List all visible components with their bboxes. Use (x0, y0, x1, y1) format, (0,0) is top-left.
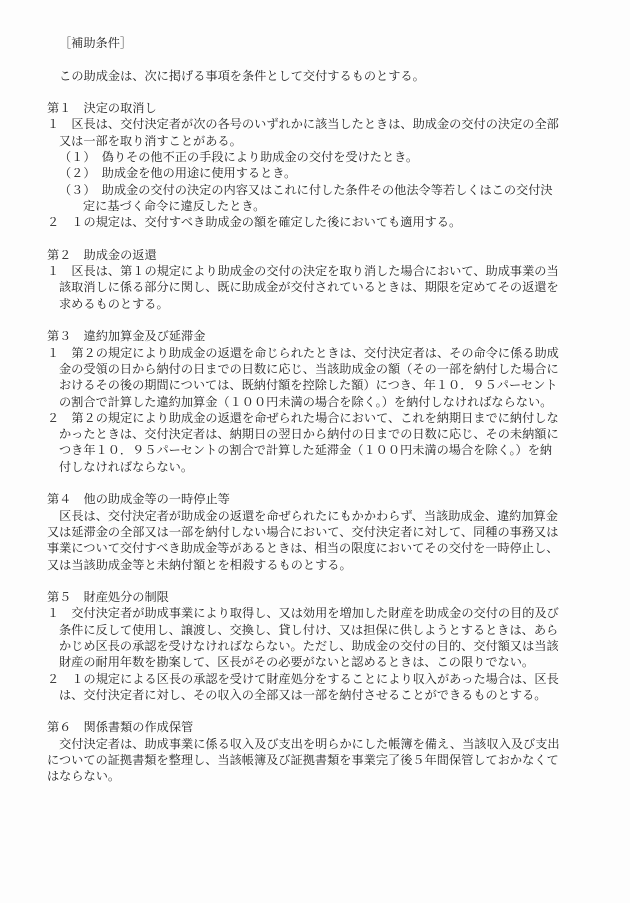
section-heading: 第４ 他の助成金等の一時停止等 (47, 491, 587, 507)
section-line: １ 区長は、第１の規定により助成金の交付の決定を取り消した場合において、助成事業… (47, 263, 587, 279)
section-line: 事業について交付すべき助成金等があるときは、相当の限度においてその交付を一時停止… (47, 540, 587, 556)
document-title: ［補助条件］ (47, 35, 587, 51)
section-line: ２ １の規定による区長の承認を受けて財産処分をすることにより収入があった場合は、… (47, 671, 587, 687)
section-line: は、交付決定者に対し、その収入の全部又は一部を納付させることができるものとする。 (47, 687, 587, 703)
section-line: １ 区長は、交付決定者が次の各号のいずれかに該当したときは、助成金の交付の決定の… (47, 116, 587, 132)
spacer (47, 84, 587, 100)
section-5: 第５ 財産処分の制限１ 交付決定者が助成事業により取得し、又は効用を増加した財産… (47, 589, 587, 719)
section-heading: 第５ 財産処分の制限 (47, 589, 587, 605)
spacer (47, 703, 587, 719)
sections-container: 第１ 決定の取消し１ 区長は、交付決定者が次の各号のいずれかに該当したときは、助… (47, 100, 587, 784)
section-1: 第１ 決定の取消し１ 区長は、交付決定者が次の各号のいずれかに該当したときは、助… (47, 100, 587, 247)
spacer (47, 573, 587, 589)
spacer (47, 475, 587, 491)
section-line: についての証拠書類を整理し、当該帳簿及び証拠書類を事業完了後５年間保管しておかな… (47, 752, 587, 768)
section-heading: 第６ 関係書類の作成保管 (47, 719, 587, 735)
section-line: つき年１０．９５パーセントの割合で計算した延滞金（１００円未満の場合を除く。）を… (47, 442, 587, 458)
section-line: かじめ区長の承認を受けなければならない。ただし、助成金の交付の目的、交付額又は当… (47, 638, 587, 654)
section-line: おけるその後の期間については、既納付額を控除した額）につき、年１０．９５パーセン… (47, 377, 587, 393)
section-heading: 第２ 助成金の返還 (47, 247, 587, 263)
section-line: （１） 偽りその他不正の手段により助成金の交付を受けたとき。 (47, 149, 587, 165)
section-3: 第３ 違約加算金及び延滞金１ 第２の規定により助成金の返還を命じられたときは、交… (47, 328, 587, 491)
section-line: 付しなければならない。 (47, 459, 587, 475)
section-line: （２） 助成金を他の用途に使用するとき。 (47, 165, 587, 181)
spacer (47, 51, 587, 67)
section-heading: 第３ 違約加算金及び延滞金 (47, 328, 587, 344)
section-line: １ 交付決定者が助成事業により取得し、又は効用を増加した財産を助成金の交付の目的… (47, 605, 587, 621)
section-line: 交付決定者は、助成事業に係る収入及び支出を明らかにした帳簿を備え、当該収入及び支… (47, 736, 587, 752)
section-line: 又は延滞金の全部又は一部を納付しない場合において、交付決定者に対して、同種の事務… (47, 524, 587, 540)
section-line: の割合で計算した違約加算金（１００円未満の場合を除く。）を納付しなければならない… (47, 394, 587, 410)
section-line: 又は当該助成金等と未納付額とを相殺するものとする。 (47, 557, 587, 573)
spacer (47, 312, 587, 328)
section-line: 条件に反して使用し、譲渡し、交換し、貸し付け、又は担保に供しようとするときは、あ… (47, 622, 587, 638)
section-line: はならない。 (47, 768, 587, 784)
section-line: 求めるものとする。 (47, 296, 587, 312)
section-line: 金の受領の日から納付の日までの日数に応じ、当該助成金の額（その一部を納付した場合… (47, 361, 587, 377)
section-heading: 第１ 決定の取消し (47, 100, 587, 116)
section-line: ２ １の規定は、交付すべき助成金の額を確定した後においても適用する。 (47, 214, 587, 230)
intro-paragraph: この助成金は、次に掲げる事項を条件として交付するものとする。 (47, 68, 587, 84)
section-line: （３） 助成金の交付の決定の内容又はこれに付した条件その他法令等若しくはこの交付… (47, 182, 587, 198)
section-line: 又は一部を取り消すことがある。 (47, 133, 587, 149)
document-page: ［補助条件］ この助成金は、次に掲げる事項を条件として交付するものとする。 第１… (47, 35, 587, 785)
section-line: 定に基づく命令に違反したとき。 (47, 198, 587, 214)
section-line: ２ 第２の規定により助成金の返還を命ぜられた場合において、これを納期日までに納付… (47, 410, 587, 426)
section-line: かったときは、交付決定者は、納期日の翌日から納付の日までの日数に応じ、その未納額… (47, 426, 587, 442)
section-line: 財産の耐用年数を勘案して、区長がその必要がないと認めるときは、この限りでない。 (47, 654, 587, 670)
section-line: 区長は、交付決定者が助成金の返還を命ぜられたにもかかわらず、当該助成金、違約加算… (47, 508, 587, 524)
spacer (47, 231, 587, 247)
section-line: 該取消しに係る部分に関し、既に助成金が交付されているときは、期限を定めてその返還… (47, 279, 587, 295)
section-2: 第２ 助成金の返還１ 区長は、第１の規定により助成金の交付の決定を取り消した場合… (47, 247, 587, 328)
section-6: 第６ 関係書類の作成保管 交付決定者は、助成事業に係る収入及び支出を明らかにした… (47, 719, 587, 784)
section-4: 第４ 他の助成金等の一時停止等 区長は、交付決定者が助成金の返還を命ぜられたにも… (47, 491, 587, 589)
section-line: １ 第２の規定により助成金の返還を命じられたときは、交付決定者は、その命令に係る… (47, 345, 587, 361)
